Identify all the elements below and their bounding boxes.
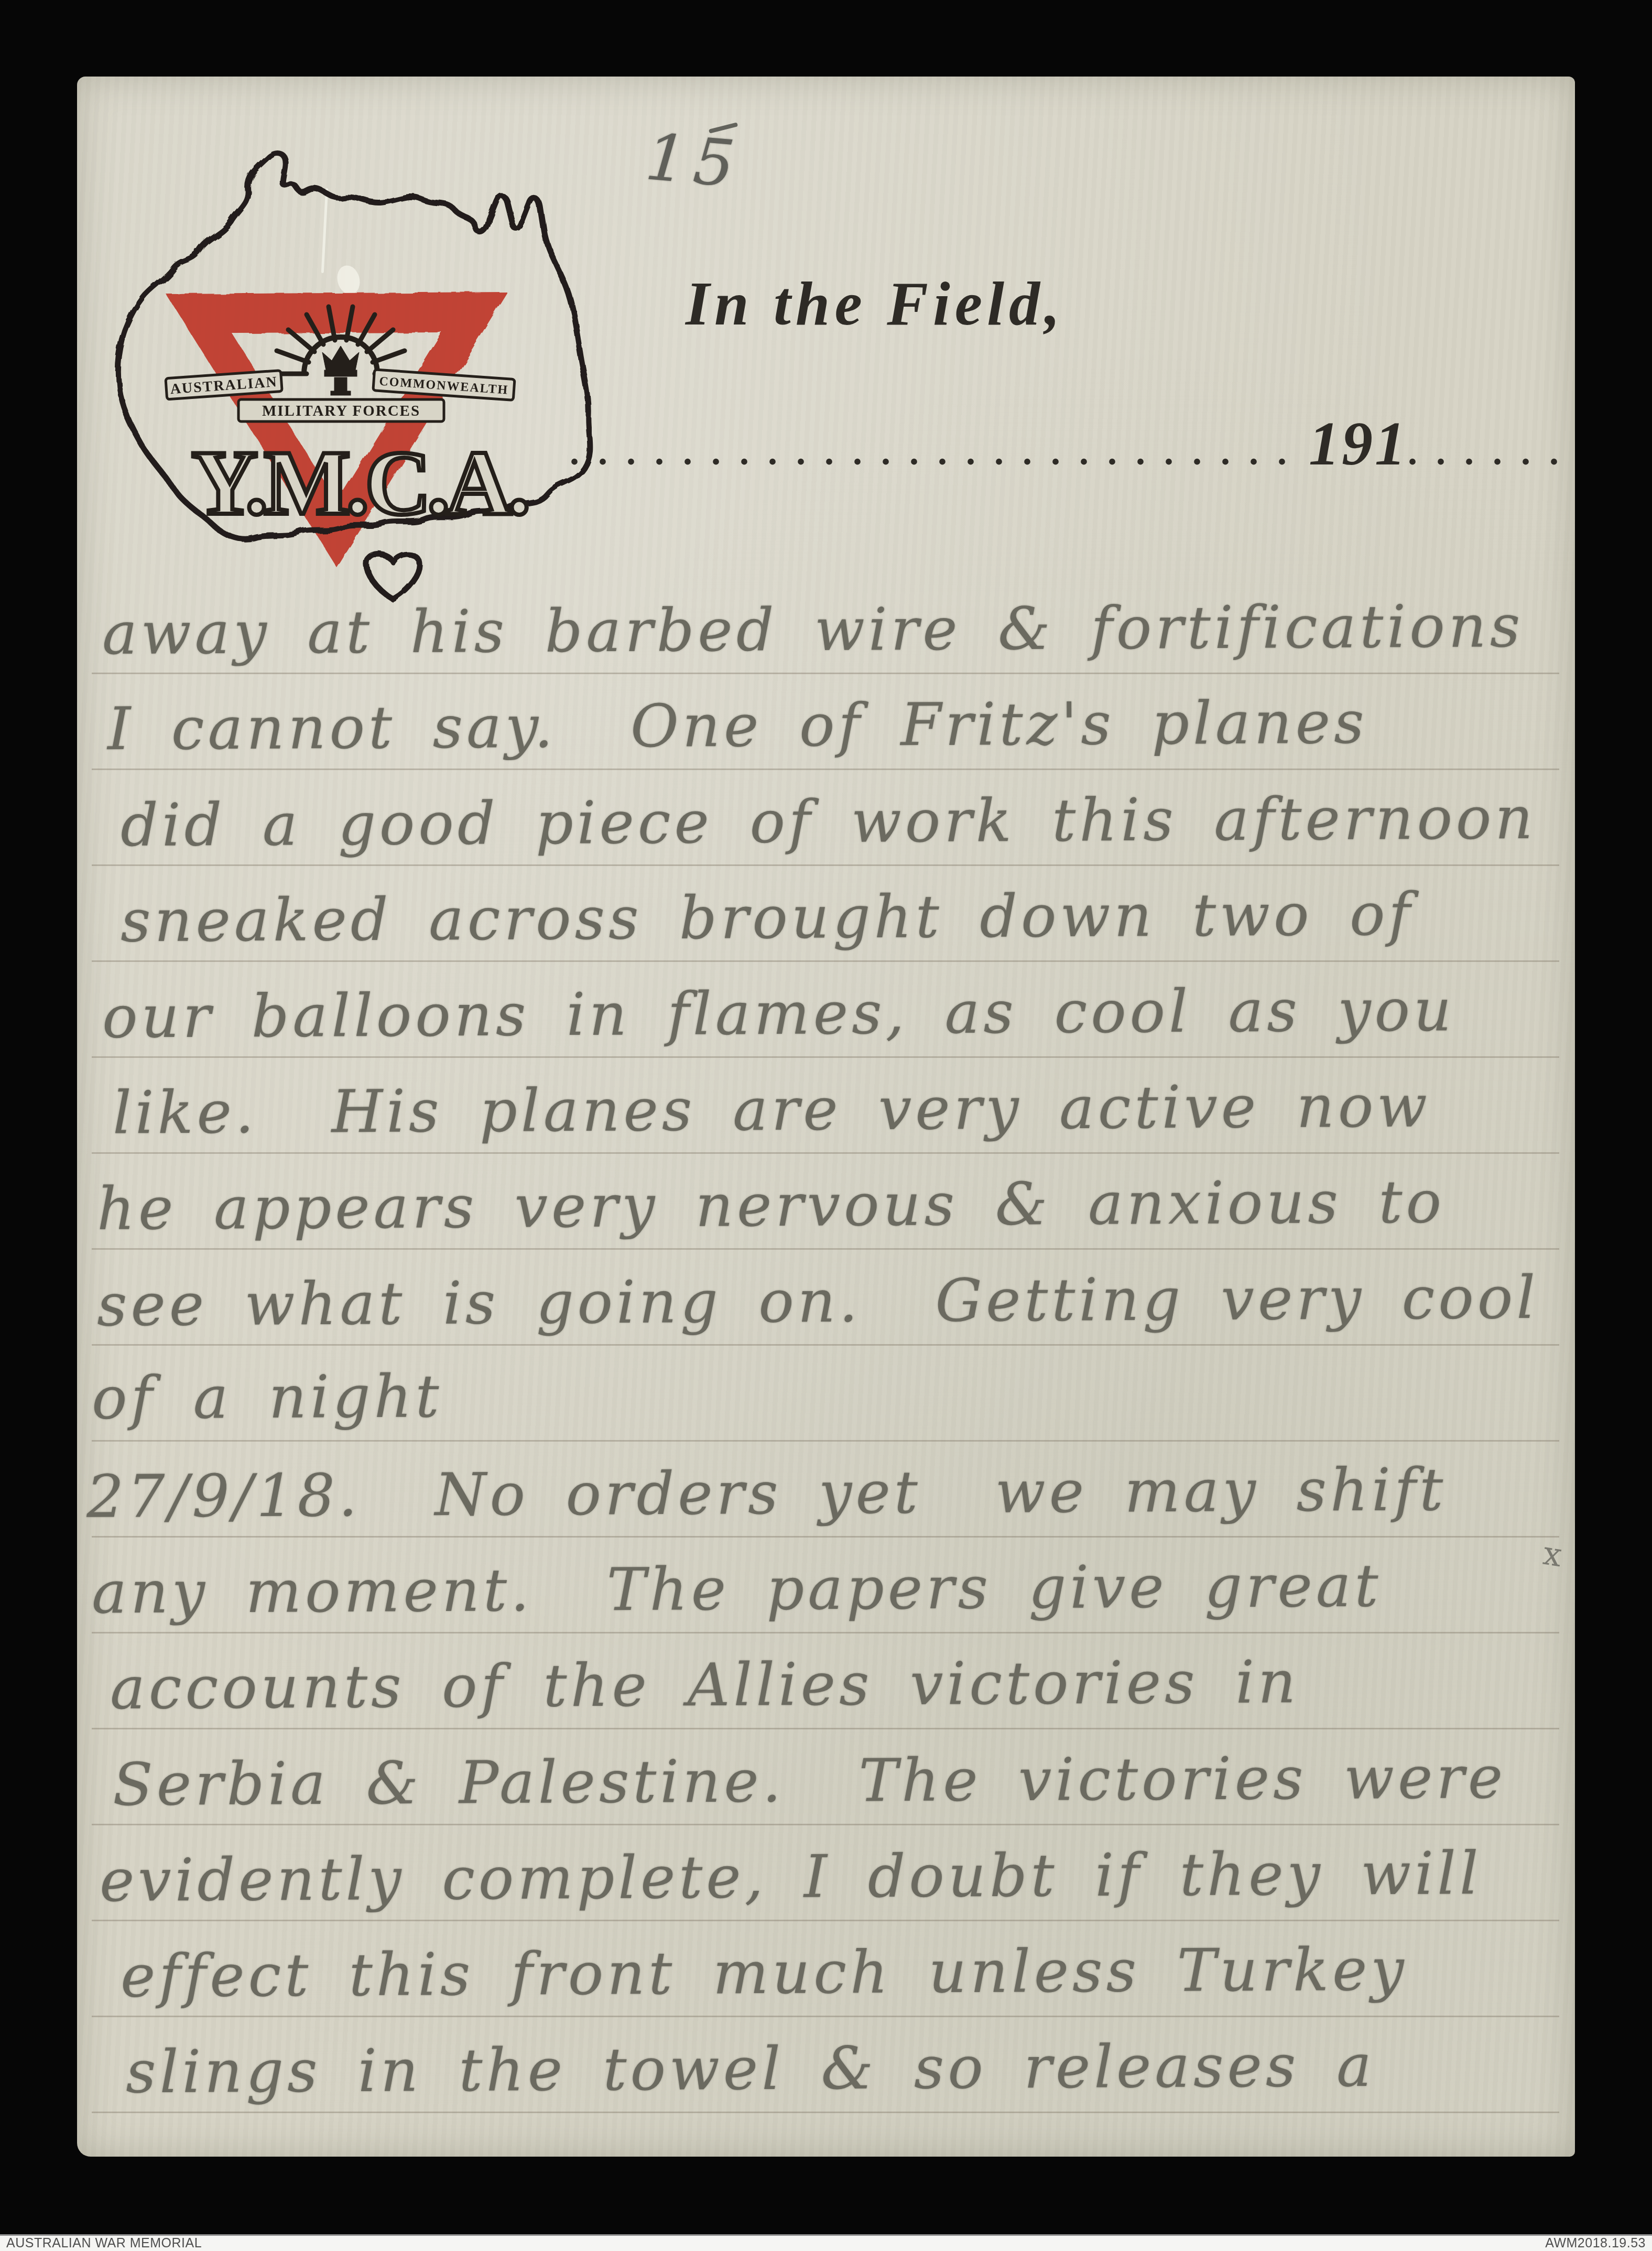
- ymca-logo-text: Y.M.C.A.: [191, 432, 527, 534]
- date-year-191: 191: [1309, 413, 1408, 475]
- manuscript-line: Serbia & Palestine. The victories were: [113, 1748, 1507, 1814]
- manuscript-line: our balloons in flames, as cool as you: [102, 981, 1455, 1047]
- manuscript-line: of a night: [92, 1367, 443, 1428]
- manuscript-line: accounts of the Allies victories in: [110, 1653, 1300, 1718]
- manuscript-line: I cannot say. One of Fritz's planes: [107, 694, 1368, 759]
- manuscript-line: 27/9/18. No orders yet we may shift: [86, 1460, 1447, 1527]
- letterhead-place-line: In the Field,: [686, 268, 1064, 340]
- manuscript-line: away at his barbed wire & fortifications: [102, 597, 1524, 663]
- manuscript-line: slings in the towel & so releases a: [126, 2037, 1375, 2102]
- manuscript-line: he appears very nervous & anxious to: [97, 1173, 1446, 1238]
- scroll-text-military-forces: MILITARY FORCES: [262, 403, 420, 419]
- manuscript-line: sneaked across brought down two of: [121, 885, 1414, 951]
- awm-footer-institution: AUSTRALIAN WAR MEMORIAL: [6, 2236, 202, 2251]
- manuscript-line: any moment. The papers give great: [92, 1557, 1382, 1622]
- date-leader-dots: ..........................: [570, 433, 1306, 471]
- letterhead-date-line: .......................... 191 ......: [570, 413, 1578, 475]
- awm-footer-accession-number: AWM2018.19.53: [1545, 2236, 1646, 2251]
- manuscript-line: did a good piece of work this afternoon: [121, 789, 1537, 855]
- scan-background: AUSTRALIAN COMMONWEALTH MILITARY FORCES …: [0, 0, 1652, 2251]
- manuscript-line: like. His planes are very active now: [113, 1077, 1431, 1142]
- manuscript-line: see what is going on. Getting very cool: [97, 1269, 1539, 1335]
- page-number: 15: [643, 120, 745, 202]
- date-trailing-dots: ......: [1408, 433, 1578, 471]
- tasmania-outline-icon: [366, 554, 420, 599]
- manuscript-line: effect this front much unless Turkey: [121, 1941, 1408, 2006]
- manuscript-line: evidently complete, I doubt if they will: [100, 1844, 1482, 1910]
- awm-footer-bar: AUSTRALIAN WAR MEMORIAL AWM2018.19.53: [0, 2234, 1652, 2251]
- ymca-australia-logo: AUSTRALIAN COMMONWEALTH MILITARY FORCES …: [102, 140, 613, 607]
